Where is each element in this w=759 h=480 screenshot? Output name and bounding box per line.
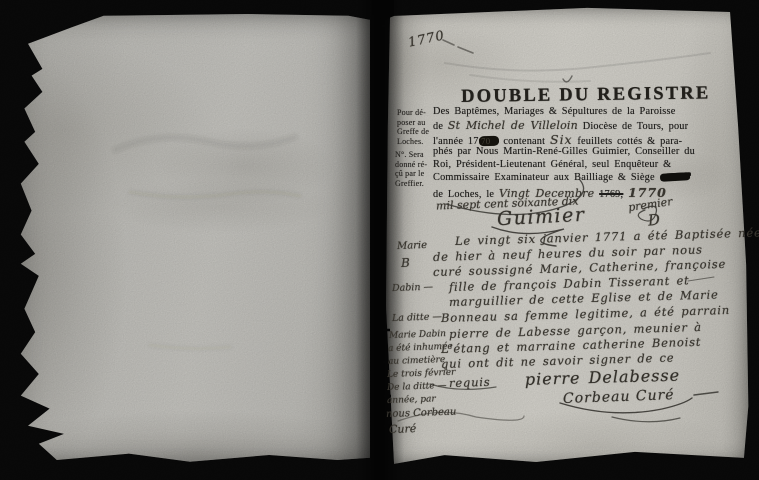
printed-line: Commissaire Examinateur aux Bailliage & … bbox=[433, 172, 690, 183]
margin-note-line: donné ré- bbox=[395, 160, 427, 170]
handwritten-folio-count: Six bbox=[550, 132, 573, 147]
margin-annotation: De la ditte — bbox=[387, 381, 447, 393]
margin-annotation: année, par bbox=[387, 394, 436, 406]
left-blank-page bbox=[10, 14, 370, 464]
ink-blot bbox=[659, 172, 689, 182]
margin-note-line: poser au bbox=[397, 118, 429, 128]
margin-note-line: Greffier. bbox=[395, 179, 427, 189]
margin-note-greffier: N°. Sera donné ré- çû par le Greffier. bbox=[395, 150, 427, 188]
printed-line: de St Michel de Villeloin Diocèse de Tou… bbox=[433, 119, 688, 132]
margin-annotation: Marie Dabin bbox=[389, 329, 446, 341]
struck-printed-year: 1769, bbox=[599, 189, 623, 200]
register-book-scan: 1770 DOUBLE DU REGISTRE Pour dé- poser a… bbox=[0, 0, 759, 480]
handwritten-parish-name: St Michel de Villeloin bbox=[448, 119, 578, 132]
margin-annotation: au cimetière bbox=[388, 355, 446, 367]
printed-line: Des Baptêmes, Mariages & Sépultures de l… bbox=[433, 106, 675, 117]
printed-segment: Diocèse de Tours, pour bbox=[583, 121, 689, 132]
paraph-initial: D bbox=[647, 210, 661, 229]
printed-line: l'année 1770 contenant Six feuillets cot… bbox=[433, 132, 682, 147]
printed-segment: de bbox=[433, 121, 443, 132]
margin-note-greffe: Pour dé- poser au Greffe de Loches. bbox=[397, 108, 429, 146]
margin-annotation: Dabin — bbox=[392, 282, 433, 294]
margin-note-line: çû par le bbox=[395, 169, 427, 179]
signature-guimier: Guimier bbox=[496, 204, 585, 231]
register-title: DOUBLE DU REGISTRE bbox=[461, 83, 711, 107]
printed-line: phés par Nous Martin-René-Gilles Guimier… bbox=[433, 146, 695, 157]
printed-line: Roi, Président-Lieutenant Général, seul … bbox=[433, 159, 671, 170]
margin-annotation: B bbox=[401, 256, 410, 270]
margin-note-line: Loches. bbox=[397, 137, 429, 147]
margin-note-line: Greffe de bbox=[397, 127, 429, 137]
margin-note-line: Pour dé- bbox=[397, 108, 429, 118]
margin-annotation: Curé bbox=[389, 422, 417, 436]
margin-note-line: N°. Sera bbox=[395, 150, 427, 160]
printed-segment: Commissaire Examinateur aux Bailliage & … bbox=[433, 172, 655, 183]
margin-annotation: La ditte — bbox=[392, 311, 442, 324]
inked-year-blot: 70 bbox=[478, 136, 498, 147]
margin-annotation: Marie bbox=[397, 240, 427, 252]
